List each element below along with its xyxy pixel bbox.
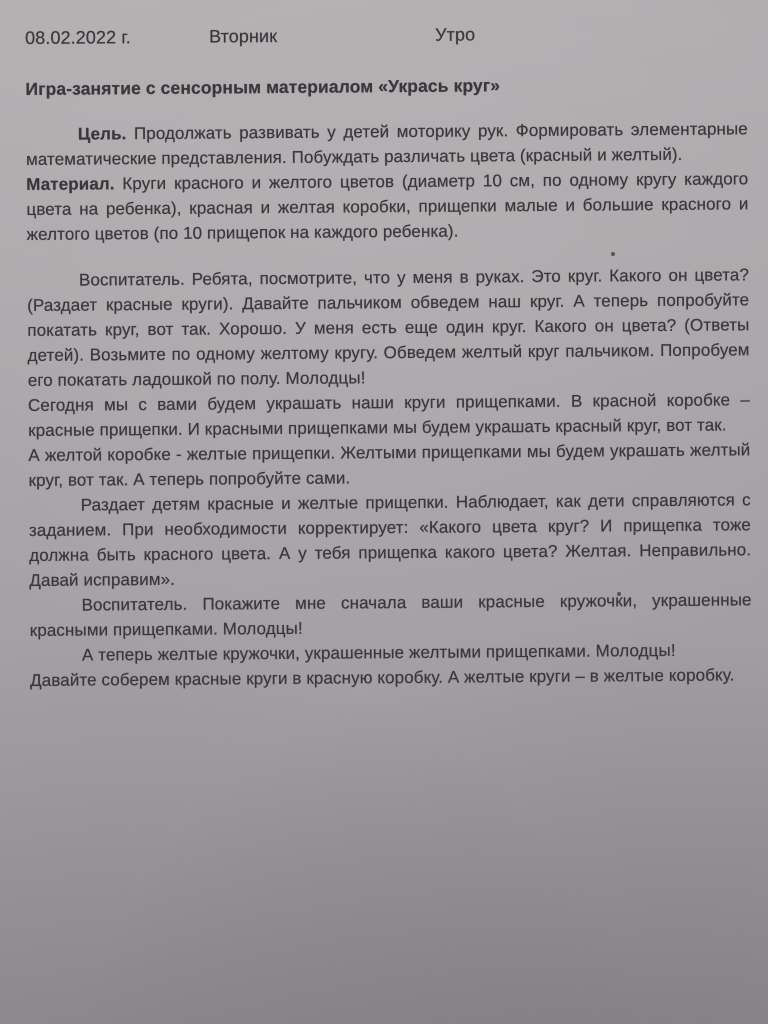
weekday-label: Вторник xyxy=(209,24,277,50)
dust-speck-icon xyxy=(617,592,621,596)
goal-paragraph: Цель. Продолжать развивать у детей мотор… xyxy=(26,116,748,172)
paragraph-handout-correction: Раздает детям красные и желтые прищепки.… xyxy=(29,487,752,593)
photographed-document-page: 08.02.2022 г. Вторник Утро Игра-занятие … xyxy=(0,0,768,1024)
lesson-script-block: Воспитатель. Ребята, посмотрите, что у м… xyxy=(27,262,752,693)
dust-speck-icon xyxy=(611,252,615,256)
time-of-day-label: Утро xyxy=(435,22,475,47)
document-text-area: 08.02.2022 г. Вторник Утро Игра-занятие … xyxy=(25,20,752,693)
goal-label: Цель. xyxy=(78,124,127,143)
paragraph-red-box: Сегодня мы с вами будем украшать наши кр… xyxy=(28,387,750,443)
paragraph-yellow-box: А желтой коробке - желтые прищепки. Желт… xyxy=(28,437,750,493)
material-text: Круги красного и желтого цветов (диаметр… xyxy=(26,169,748,244)
paragraph-show-red-circles: Воспитатель. Покажите мне сначала ваши к… xyxy=(29,587,751,643)
header-row: 08.02.2022 г. Вторник Утро xyxy=(25,20,747,51)
material-label: Материал. xyxy=(26,174,114,194)
document-title: Игра-занятие с сенсорным материалом «Укр… xyxy=(25,71,747,101)
paragraph-collect-circles: Давайте соберем красные круги в красную … xyxy=(30,662,752,693)
goal-text: Продолжать развивать у детей моторику ру… xyxy=(26,119,748,169)
paragraph-teacher-intro: Воспитатель. Ребята, посмотрите, что у м… xyxy=(27,262,750,393)
material-paragraph: Материал. Круги красного и желтого цвето… xyxy=(26,166,749,247)
date-label: 08.02.2022 г. xyxy=(25,25,131,51)
